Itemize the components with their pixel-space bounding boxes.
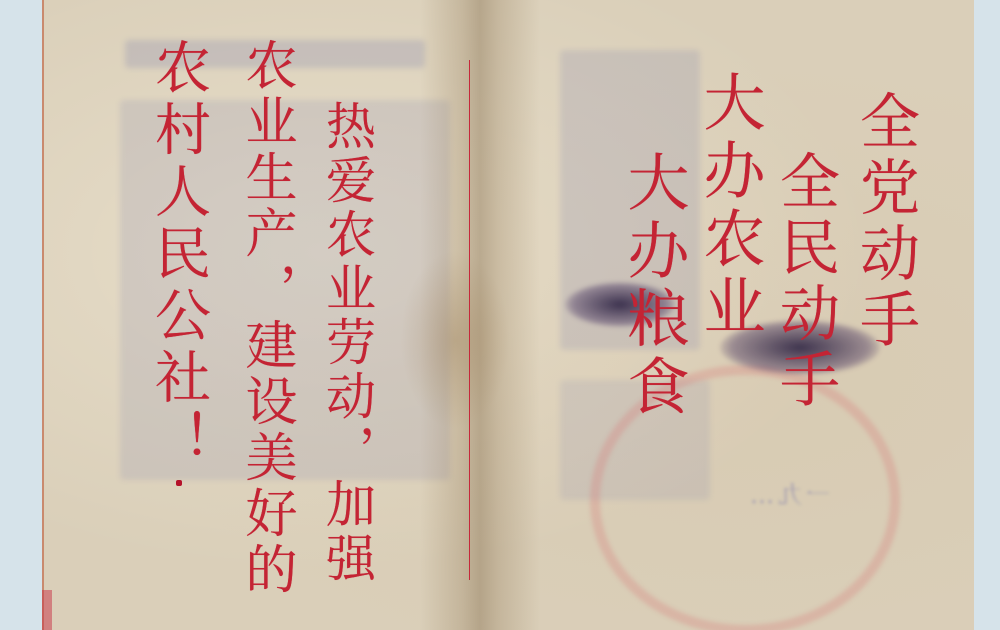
slogan-column-7: 农村人民公社！ [150,38,206,472]
slogan-column-4: 大办粮食 [622,150,684,422]
ink-dot [176,480,182,486]
slogan-column-3: 大办农业 [698,70,760,342]
stamp-text: 一九… [600,475,830,510]
stain [400,250,510,430]
slogan-column-2: 全民动手 [775,150,835,414]
center-red-line [469,60,470,580]
slogan-column-6: 农业生产，建设美好的 [240,38,292,598]
slogan-column-5: 热爱农业劳动，加强 [322,100,372,586]
slogan-column-1: 全党动手 [855,90,915,354]
red-edge-stain [42,590,52,630]
